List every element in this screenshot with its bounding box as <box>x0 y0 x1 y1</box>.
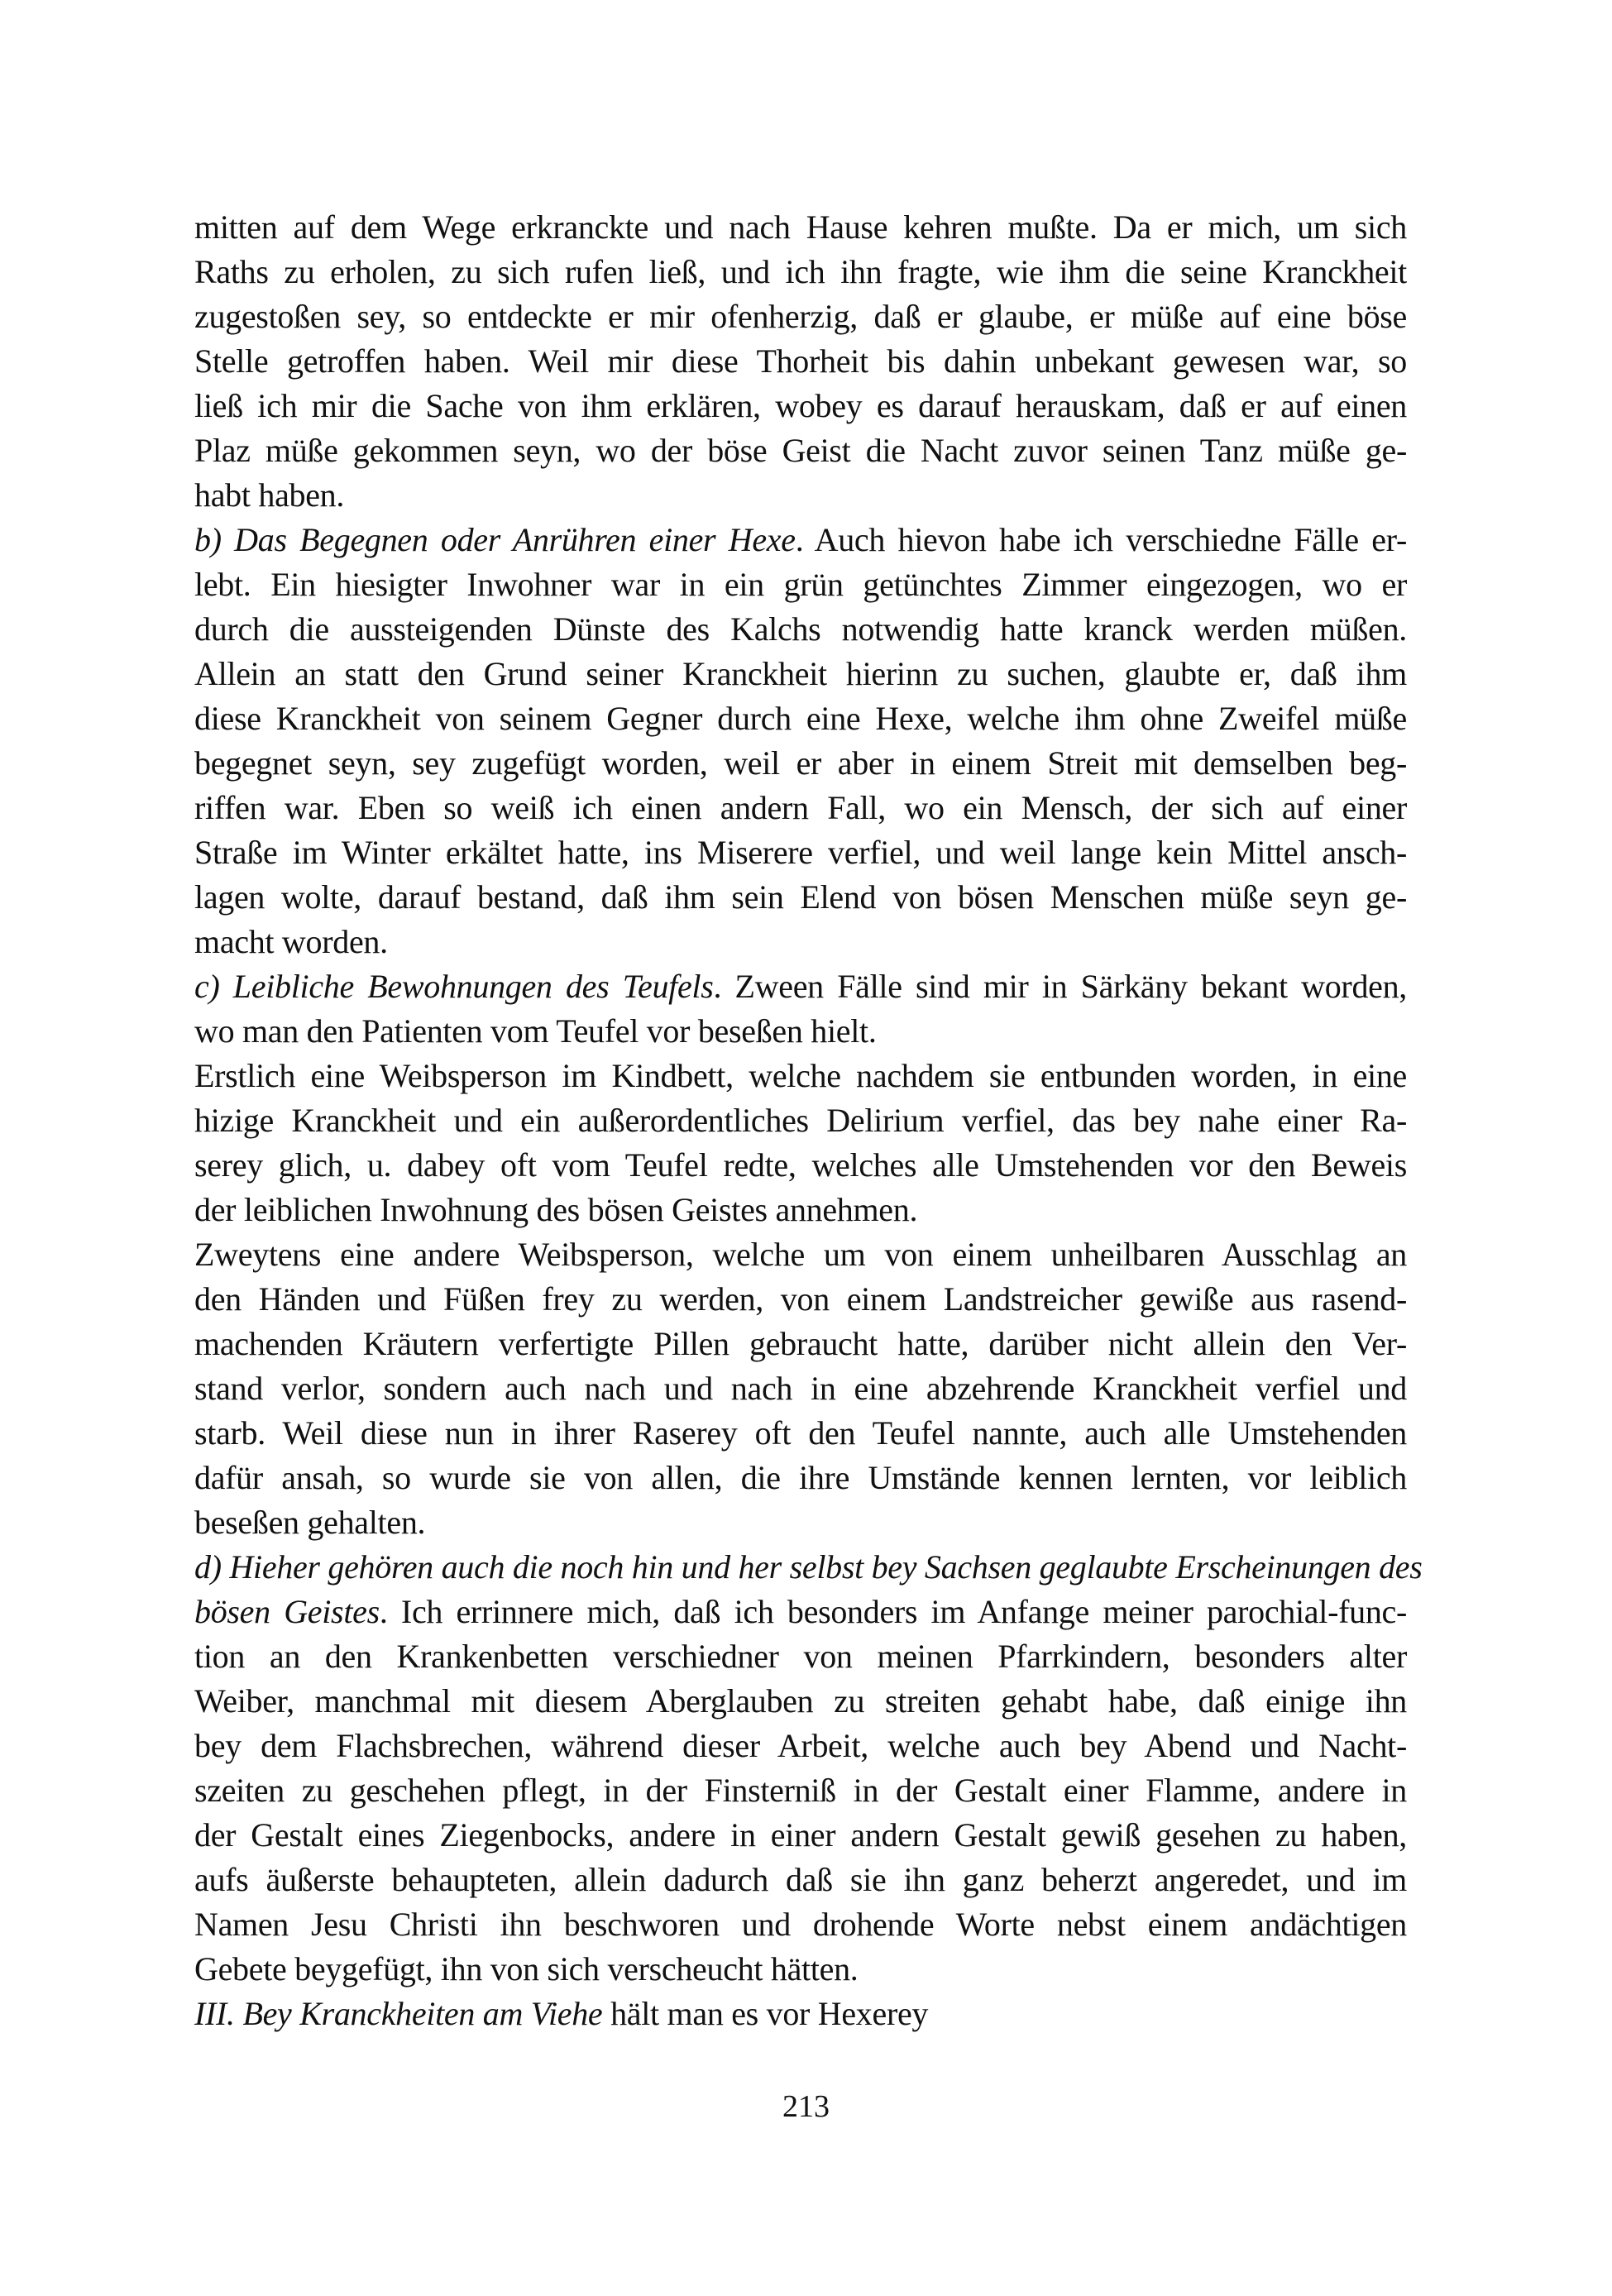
body-text-segment: Raths zu erholen, zu sich rufen ließ, un… <box>194 253 1407 290</box>
text-line: b) Das Begegnen oder Anrühren einer Hexe… <box>194 518 1407 562</box>
text-line: habt haben. <box>194 473 1407 518</box>
body-text-segment: habt haben. <box>194 476 344 514</box>
body-text-segment: Namen Jesu Christi ihn beschworen und dr… <box>194 1906 1407 1943</box>
text-line: macht worden. <box>194 920 1407 964</box>
text-line: den Händen und Füßen frey zu werden, von… <box>194 1277 1407 1322</box>
body-text-segment: beseßen gehalten. <box>194 1504 425 1541</box>
italic-heading-text: bösen Geistes <box>194 1593 380 1630</box>
body-text-segment: machenden Kräutern verfertigte Pillen ge… <box>194 1325 1407 1362</box>
body-text-segment: Allein an statt den Grund seiner Kranckh… <box>194 655 1407 692</box>
text-line: Namen Jesu Christi ihn beschworen und dr… <box>194 1902 1407 1947</box>
text-line: Straße im Winter erkältet hatte, ins Mis… <box>194 830 1407 875</box>
text-line: serey glich, u. dabey oft vom Teufel red… <box>194 1143 1407 1188</box>
body-text-segment: den Händen und Füßen frey zu werden, von… <box>194 1280 1407 1318</box>
text-line: Zweytens eine andere Weibsperson, welche… <box>194 1232 1407 1277</box>
text-line: stand verlor, sondern auch nach und nach… <box>194 1366 1407 1411</box>
text-line: starb. Weil diese nun in ihrer Raserey o… <box>194 1411 1407 1456</box>
body-text-segment: Gebete beygefügt, ihn von sich verscheuc… <box>194 1950 859 1987</box>
text-line: dafür ansah, so wurde sie von allen, die… <box>194 1456 1407 1500</box>
text-line: riffen war. Eben so weiß ich einen ander… <box>194 786 1407 830</box>
text-line: beseßen gehalten. <box>194 1500 1407 1545</box>
text-line: Allein an statt den Grund seiner Kranckh… <box>194 652 1407 696</box>
text-line: szeiten zu geschehen pflegt, in der Fins… <box>194 1768 1407 1813</box>
text-line: zugestoßen sey, so entdeckte er mir ofen… <box>194 294 1407 339</box>
body-text-segment: lebt. Ein hiesigter Inwohner war in ein … <box>194 566 1407 603</box>
body-text-segment: stand verlor, sondern auch nach und nach… <box>194 1370 1407 1407</box>
text-line: durch die aussteigenden Dünste des Kalch… <box>194 607 1407 652</box>
text-line: diese Kranckheit von seinem Gegner durch… <box>194 696 1407 741</box>
body-text-segment: hält man es vor Hexerey <box>602 1995 928 2032</box>
body-text-segment: . Zween Fälle sind mir in Särkäny bekant… <box>714 968 1408 1005</box>
body-text-segment: riffen war. Eben so weiß ich einen ander… <box>194 789 1407 826</box>
body-text-segment: bey dem Flachsbrechen, während dieser Ar… <box>194 1727 1407 1764</box>
text-line: begegnet seyn, sey zugefügt worden, weil… <box>194 741 1407 786</box>
body-text-segment: ließ ich mir die Sache von ihm erklären,… <box>194 387 1407 424</box>
document-page: mitten auf dem Wege erkranckte und nach … <box>0 0 1612 2296</box>
body-text-segment: . Ich errinnere mich, daß ich besonders … <box>380 1593 1407 1630</box>
text-line: wo man den Patienten vom Teufel vor bese… <box>194 1009 1407 1054</box>
text-line: lebt. Ein hiesigter Inwohner war in ein … <box>194 562 1407 607</box>
body-text-segment: der Gestalt eines Ziegenbocks, andere in… <box>194 1816 1407 1854</box>
text-line: der leiblichen Inwohnung des bösen Geist… <box>194 1188 1407 1232</box>
body-text: mitten auf dem Wege erkranckte und nach … <box>194 205 1407 2036</box>
body-text-segment: der leiblichen Inwohnung des bösen Geist… <box>194 1191 917 1228</box>
text-line: der Gestalt eines Ziegenbocks, andere in… <box>194 1813 1407 1858</box>
body-text-segment: Zweytens eine andere Weibsperson, welche… <box>194 1236 1407 1273</box>
body-text-segment: . Auch hievon habe ich verschiedne Fälle… <box>796 521 1407 558</box>
text-line: Plaz müße gekommen seyn, wo der böse Gei… <box>194 428 1407 473</box>
text-line: Weiber, manchmal mit diesem Aberglauben … <box>194 1679 1407 1724</box>
text-line: machenden Kräutern verfertigte Pillen ge… <box>194 1322 1407 1366</box>
body-text-segment: hizige Kranckheit und ein außerordentlic… <box>194 1102 1407 1139</box>
italic-heading-text: c) Leibliche Bewohnungen des Teufels <box>194 968 714 1005</box>
text-line: ließ ich mir die Sache von ihm erklären,… <box>194 384 1407 428</box>
text-line: Raths zu erholen, zu sich rufen ließ, un… <box>194 250 1407 294</box>
italic-heading-text: III. Bey Kranckheiten am Viehe <box>194 1995 602 2032</box>
body-text-segment: tion an den Krankenbetten verschiedner v… <box>194 1638 1407 1675</box>
body-text-segment: zugestoßen sey, so entdeckte er mir ofen… <box>194 298 1407 335</box>
body-text-segment: durch die aussteigenden Dünste des Kalch… <box>194 610 1407 648</box>
body-text-segment: Erstlich eine Weibsperson im Kindbett, w… <box>194 1057 1407 1094</box>
text-line: tion an den Krankenbetten verschiedner v… <box>194 1634 1407 1679</box>
body-text-segment: mitten auf dem Wege erkranckte und nach … <box>194 208 1407 246</box>
text-line: bösen Geistes. Ich errinnere mich, daß i… <box>194 1590 1407 1634</box>
body-text-segment: Straße im Winter erkältet hatte, ins Mis… <box>194 834 1407 871</box>
text-line: lagen wolte, darauf bestand, daß ihm sei… <box>194 875 1407 920</box>
text-line: Stelle getroffen haben. Weil mir diese T… <box>194 339 1407 384</box>
text-line: Erstlich eine Weibsperson im Kindbett, w… <box>194 1054 1407 1098</box>
body-text-segment: Plaz müße gekommen seyn, wo der böse Gei… <box>194 432 1407 469</box>
body-text-segment: dafür ansah, so wurde sie von allen, die… <box>194 1459 1407 1496</box>
body-text-segment: aufs äußerste behaupteten, allein dadurc… <box>194 1861 1407 1898</box>
body-text-segment: Weiber, manchmal mit diesem Aberglauben … <box>194 1682 1407 1720</box>
italic-heading-text: b) Das Begegnen oder Anrühren einer Hexe <box>194 521 796 558</box>
body-text-segment: begegnet seyn, sey zugefügt worden, weil… <box>194 744 1407 782</box>
text-line: c) Leibliche Bewohnungen des Teufels. Zw… <box>194 964 1407 1009</box>
body-text-segment: lagen wolte, darauf bestand, daß ihm sei… <box>194 878 1407 916</box>
body-text-segment: wo man den Patienten vom Teufel vor bese… <box>194 1012 877 1050</box>
body-text-segment: szeiten zu geschehen pflegt, in der Fins… <box>194 1772 1407 1809</box>
text-line: bey dem Flachsbrechen, während dieser Ar… <box>194 1724 1407 1768</box>
text-line: aufs äußerste behaupteten, allein dadurc… <box>194 1858 1407 1902</box>
text-line: hizige Kranckheit und ein außerordentlic… <box>194 1098 1407 1143</box>
body-text-segment: Stelle getroffen haben. Weil mir diese T… <box>194 342 1407 380</box>
text-line: d) Hieher gehören auch die noch hin und … <box>194 1545 1407 1590</box>
italic-heading-text: d) Hieher gehören auch die noch hin und … <box>194 1548 1423 1586</box>
text-line: mitten auf dem Wege erkranckte und nach … <box>194 205 1407 250</box>
body-text-segment: serey glich, u. dabey oft vom Teufel red… <box>194 1146 1407 1184</box>
body-text-segment: starb. Weil diese nun in ihrer Raserey o… <box>194 1414 1407 1452</box>
body-text-segment: macht worden. <box>194 923 388 960</box>
text-line: Gebete beygefügt, ihn von sich verscheuc… <box>194 1947 1407 1992</box>
text-line: III. Bey Kranckheiten am Viehe hält man … <box>194 1992 1407 2036</box>
page-number: 213 <box>0 2084 1612 2129</box>
body-text-segment: diese Kranckheit von seinem Gegner durch… <box>194 700 1407 737</box>
